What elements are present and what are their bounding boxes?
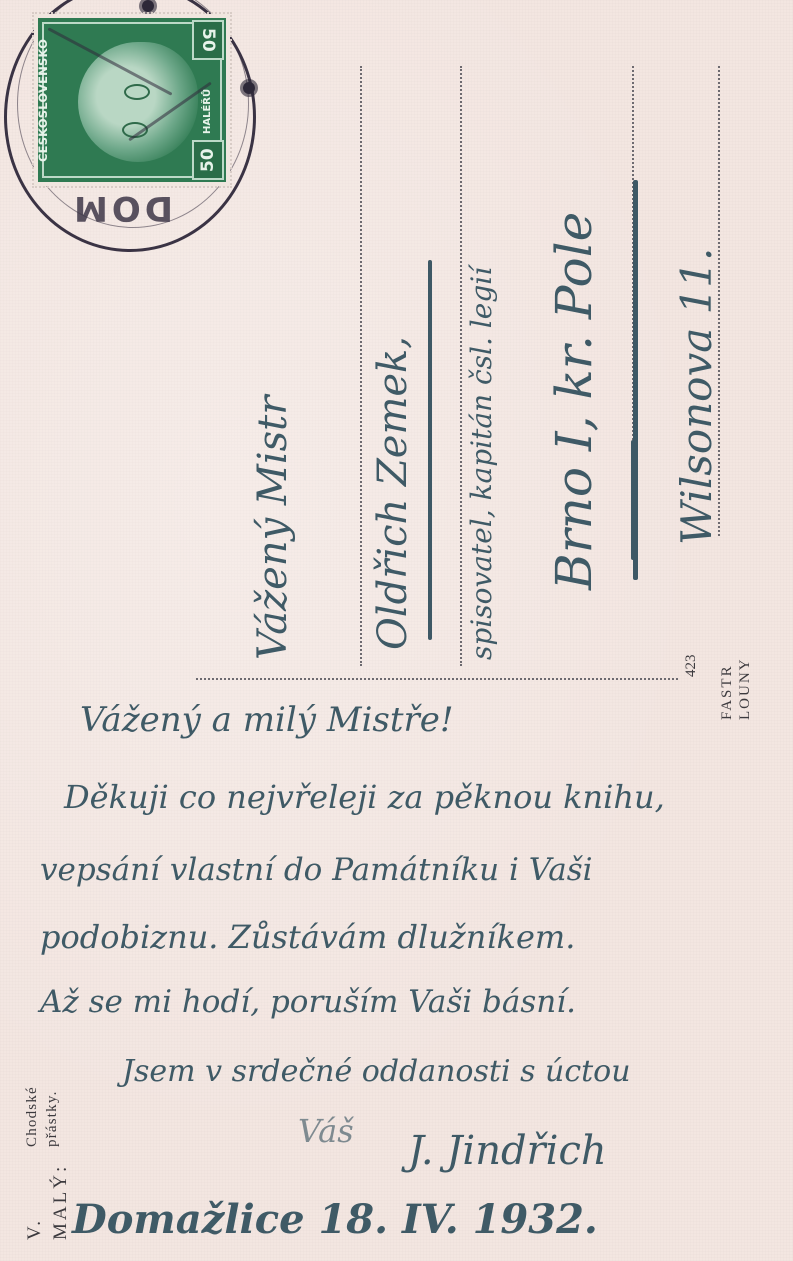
address-name: Oldřich Zemek, [370,336,416,650]
name-underline [428,260,432,640]
address-street: Wilsonova 11. [672,248,721,545]
postcard-back: DOM ČESKOSLOVENSKO 50 HALÉŘŮ 50 Vážený M… [0,0,793,1261]
address-salutation: Vážený Mistr [250,396,296,660]
print-code: 423 [683,636,713,696]
artwork-title: Chodské přástky. [22,1040,92,1147]
publisher-line-2: LOUNY [737,658,753,721]
city-underline-2 [631,440,635,560]
address-title-line: spisovatel, kapitán čsl. legií [465,267,498,660]
address-line-1 [360,66,362,666]
postmark-star-icon [142,0,154,12]
message-line-1: Vážený a milý Mistře! [80,700,454,740]
message-line-3: vepsání vlastní do Památníku i Vaši [40,852,593,888]
signature: J. Jindřich [408,1128,607,1174]
message-line-5: Až se mi hodí, poruším Vaši básní. [40,984,576,1020]
address-line-2 [460,66,462,666]
place-date: Domažlice 18. IV. 1932. [72,1196,598,1243]
message-line-2: Děkuji co nejvřeleji za pěknou knihu, [64,778,665,816]
postmark-star-icon [243,82,255,94]
stamp-country: ČESKOSLOVENSKO [36,26,58,174]
postmark-town-text: DOM [70,188,173,228]
publisher-line-1: FASTR [719,664,735,720]
stamp-value-top: 50 [192,20,224,60]
stamp-value-bottom: 50 [192,140,224,180]
address-city: Brno I, kr. Pole [545,212,603,590]
publisher-imprint: FASTR LOUNY [718,620,768,720]
postage-stamp: ČESKOSLOVENSKO 50 HALÉŘŮ 50 [34,14,230,186]
stamp-eye-icon [124,84,150,100]
message-yours: Váš [298,1112,354,1150]
divider-line [196,678,678,680]
message-closing: Jsem v srdečné oddanosti s úctou [122,1054,631,1089]
message-line-4: podobiznu. Zůstávám dlužníkem. [40,918,575,956]
